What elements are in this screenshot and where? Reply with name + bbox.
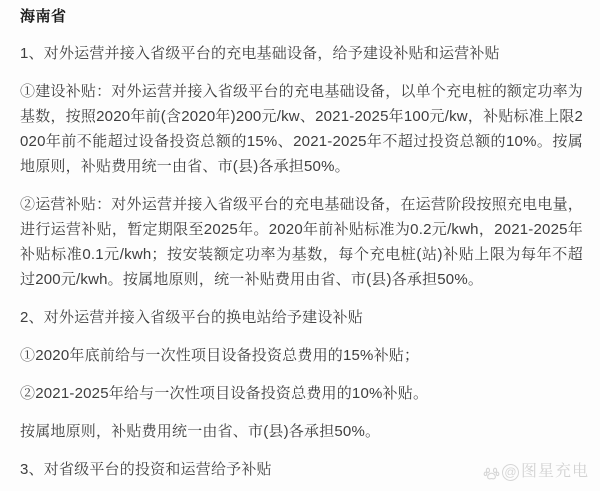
construction-subsidy-paragraph: ①建设补贴：对外运营并接入省级平台的充电基础设备，以单个充电桩的额定功率为基数，… [20,79,583,179]
article-body: 海南省 1、对外运营并接入省级平台的充电基础设备，给予建设补贴和运营补贴 ①建设… [0,0,600,482]
operation-subsidy-paragraph: ②运营补贴：对外运营并接入省级平台的充电基础设备，在运营阶段按照充电电量，进行运… [20,192,583,292]
section-1-heading: 1、对外运营并接入省级平台的充电基础设备，给予建设补贴和运营补贴 [20,41,583,66]
at-icon: @ [502,464,519,481]
section-2-cost-sharing: 按属地原则，补贴费用统一由省、市(县)各承担50%。 [20,419,583,444]
section-2-heading: 2、对外运营并接入省级平台的换电站给予建设补贴 [20,305,583,330]
paw-icon [483,464,500,481]
watermark: @ 图星充电 [483,462,589,482]
page-title: 海南省 [20,4,583,29]
section-2-item-1: ①2020年底前给与一次性项目设备投资总费用的15%补贴； [20,343,583,368]
section-2-item-2: ②2021-2025年给与一次性项目设备投资总费用的10%补贴。 [20,381,583,406]
watermark-label: 图星充电 [521,462,589,482]
